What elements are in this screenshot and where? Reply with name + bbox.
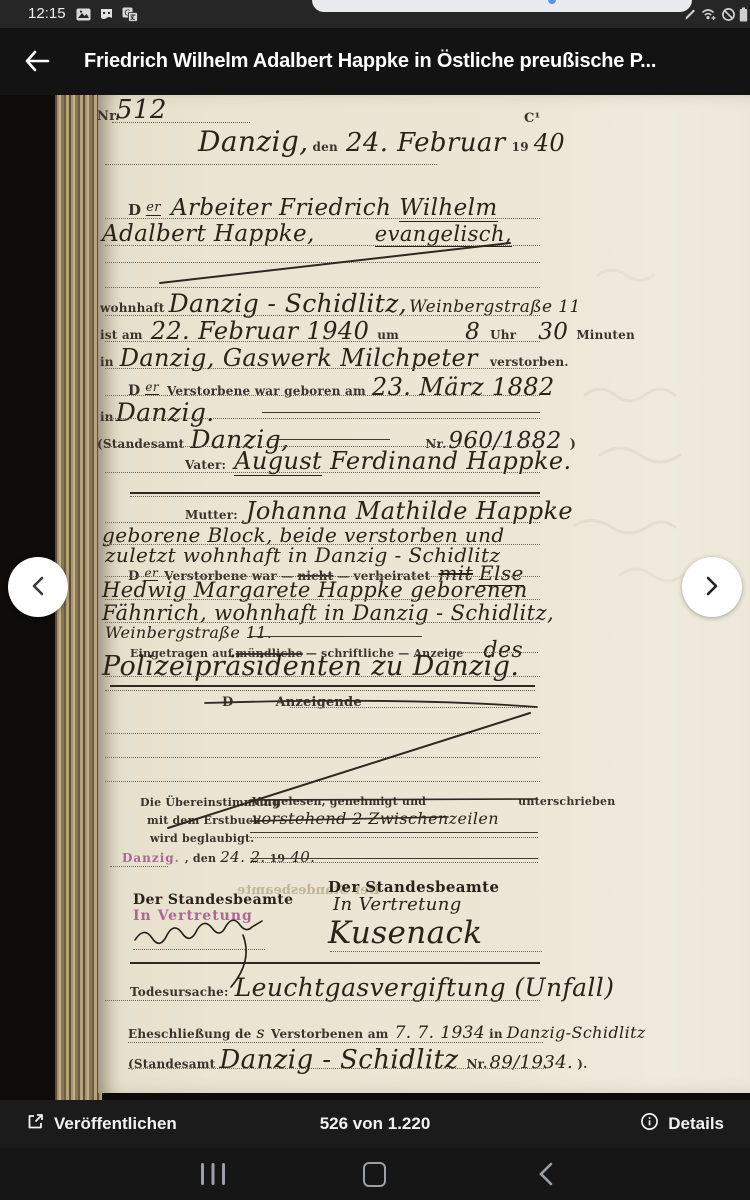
doc-text-segment: Vater: [185,458,226,472]
doc-rule [105,576,540,577]
arrow-left-icon [24,60,50,75]
doc-text-segment: Leuchtgasvergiftung (Unfall) [235,973,615,1002]
doc-text-segment: 40. [290,848,315,866]
doc-text-segment: Weinbergstraße 11 [409,297,581,317]
record-title: Friedrich Wilhelm Adalbert Happke in Öst… [84,28,656,95]
doc-text-segment: Johanna Mathilde Happke [246,497,573,525]
doc-rule [130,492,540,494]
doc-text-line: wohnhaftDanzig - Schidlitz,Weinbergstraß… [100,289,581,318]
doc-rule [110,866,168,867]
doc-text-segment: 24. Februar [346,128,506,158]
doc-rule [250,832,538,833]
stylus-icon [683,7,697,26]
doc-rule [105,622,540,623]
doc-text-segment: D [128,383,140,399]
doc-text-segment: verstorben. [490,355,569,369]
doc-text-segment: Verstorbenen am [271,1027,389,1041]
translate-icon: G [122,7,138,27]
doc-text-line: Eheschließung desVerstorbenen am7. 7. 19… [128,1023,646,1043]
doc-text-segment: (Standesamt [97,437,184,451]
doc-rule [110,685,535,687]
page-indicator: 526 von 1.220 [0,1114,750,1134]
doc-rule [250,862,538,863]
doc-text-segment: wohnhaft [100,301,165,315]
doc-text-line: In Vertretung [333,894,462,915]
doc-text-segment: in [489,1027,503,1041]
doc-text-segment: D [222,695,233,710]
doc-text-segment: um [377,328,399,342]
doc-text-segment: Uhr [490,328,516,342]
phone-screen: 12:15 G Friedrich Wilhelm [0,0,750,1200]
doc-text-segment: evangelisch, [375,222,512,247]
status-time: 12:15 [28,0,66,28]
doc-rule [250,636,422,637]
recents-icon[interactable] [200,1162,226,1189]
image-icon [76,7,91,27]
doc-text-line: Mutter:Johanna Mathilde Happke [185,497,573,525]
doc-text-line: In Vertretung [133,907,253,925]
doc-rule [105,368,540,369]
doc-rule [105,315,540,316]
doc-text-segment: Danzig - Schidlitz, [169,289,408,318]
doc-text-line: Vorgelesen, genehmigt undunterschrieben [252,792,615,810]
doc-text-segment: in [100,410,114,424]
contact-icon [99,7,114,27]
doc-text-segment: er [145,380,159,395]
chevron-right-icon [703,575,721,600]
doc-rule [105,757,540,758]
doc-text-segment: In Vertretung [133,908,253,924]
doc-rule [105,418,540,419]
doc-rule [250,837,538,838]
doc-rule [105,690,535,691]
wifi-icon [701,7,717,26]
doc-text-line: inDanzig. [100,398,215,427]
back-icon[interactable] [538,1162,554,1189]
doc-text-segment: Kusenack [328,915,483,951]
doc-text-segment: Danzig - Schidlitz [219,1045,458,1075]
doc-text-segment: Vorgelesen, genehmigt und [252,795,426,808]
doc-text-segment: Polizeipräsidenten zu Danzig. [102,651,519,682]
no-signal-icon [721,7,736,27]
doc-text-segment: ). [577,1057,587,1071]
document-content: Nr.512C¹Danzig,den24. Februar1940DerArbe… [0,95,750,1100]
doc-text-segment: wird beglaubigt. [150,832,254,845]
doc-text-line: DAnzeigende [222,693,362,711]
doc-text-segment: Ferdinand Happke. [330,447,571,475]
app-bar: Friedrich Wilhelm Adalbert Happke in Öst… [0,28,750,95]
battery-icon [739,7,748,27]
doc-text-line: Polizeipräsidenten zu Danzig. [102,651,519,682]
doc-text-segment: s [256,1023,265,1042]
doc-text-line: mit dem Erstbuch [147,811,261,829]
doc-rule [105,733,540,734]
doc-text-line: Kusenack [328,915,483,951]
doc-text-segment: ist am [100,328,143,342]
doc-rule [105,472,540,473]
doc-text-line: Adalbert Happke,evangelisch, [102,221,512,247]
doc-text-segment: D [128,201,141,219]
doc-rule [268,439,390,440]
doc-rule [105,599,540,600]
doc-rule [128,1068,546,1069]
home-icon[interactable] [363,1162,386,1187]
doc-text-segment: unterschrieben [518,795,615,808]
status-bar: 12:15 G [0,0,750,28]
doc-text-line: (StandesamtDanzig - SchidlitzNr.89/1934.… [128,1045,587,1075]
doc-rule [290,707,537,708]
doc-text-segment: Danzig-Schidlitz [507,1023,646,1042]
doc-rule [440,652,538,653]
doc-text-line: wird beglaubigt. [150,829,254,847]
doc-rule [330,951,542,952]
doc-text-segment: 30 [538,319,568,345]
doc-rule [112,122,250,123]
doc-text-segment: Mutter: [185,508,238,522]
doc-rule [105,544,540,545]
doc-text-segment: , den [185,852,216,865]
doc-rule [133,949,265,950]
doc-rule [130,496,540,497]
doc-rule [105,781,540,782]
doc-rule [105,262,540,263]
doc-text-line: DerVerstorbene war geboren am23. März 18… [128,373,555,401]
doc-text-line: Danzig,den24. Februar1940 [198,125,565,158]
search-pill[interactable] [312,0,692,12]
doc-text-line: Todesursache:Leuchtgasvergiftung (Unfall… [130,973,614,1002]
doc-rule [105,1000,540,1001]
doc-text-segment: Der Standesbeamte [133,892,293,908]
previous-page-button[interactable] [8,557,68,617]
doc-text-segment: Todesursache: [130,985,229,999]
doc-rule [105,341,540,342]
doc-text-segment: den [313,140,338,154]
doc-text-segment: 40 [534,129,565,157]
doc-text-segment: 19 [512,140,529,154]
doc-text-segment: In Vertretung [333,894,462,915]
doc-rule [128,1042,543,1043]
doc-rule [105,287,540,288]
doc-rule [130,962,540,964]
doc-text-segment: Danzig. [116,398,215,427]
doc-rule [105,395,540,396]
doc-text-segment: C¹ [524,111,540,126]
next-page-button[interactable] [682,557,742,617]
doc-text-segment: 512 [116,95,167,125]
doc-text-segment: er [146,200,161,216]
doc-text-segment: Eheschließung de [128,1027,251,1041]
doc-text-segment: Danzig. [122,851,180,865]
chevron-left-icon [29,575,47,600]
back-button[interactable] [20,47,54,77]
doc-rule [250,858,538,859]
doc-text-segment: mit dem Erstbuch [147,814,261,827]
doc-text-segment: 24. 2. [220,848,265,866]
doc-rule [105,218,540,219]
doc-text-segment: Adalbert Happke, [102,221,315,247]
doc-rule [105,522,540,523]
doc-text-segment: 23. März 1882 [372,373,555,401]
doc-text-segment: Minuten [576,328,635,342]
doc-rule [105,446,540,447]
doc-rule [105,164,437,165]
doc-text-segment: in [100,355,114,369]
doc-text-segment: vorstehend 2 Zwischenzeilen [252,809,499,828]
doc-text-line: vorstehend 2 Zwischenzeilen [252,809,499,829]
doc-text-segment: Danzig, [198,125,309,158]
document-image-viewer[interactable]: Nr.512C¹Danzig,den24. Februar1940DerArbe… [0,95,750,1100]
doc-text-segment: 7. 7. 1934 [395,1023,486,1043]
doc-text-line: 512 [116,95,167,125]
doc-rule [105,676,540,677]
doc-text-segment: 89/1934. [489,1052,573,1073]
doc-rule [105,245,540,246]
action-bar: Veröffentlichen 526 von 1.220 Details [0,1100,750,1148]
android-nav-bar [0,1148,750,1200]
doc-rule [262,412,540,413]
